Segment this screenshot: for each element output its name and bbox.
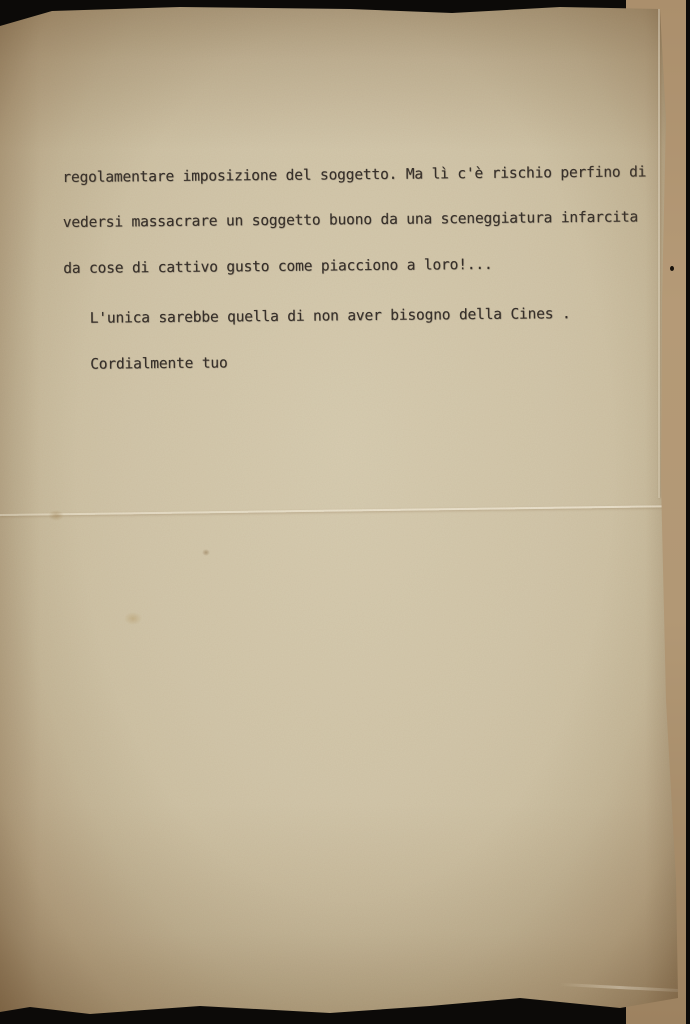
paper-stain [124, 612, 142, 625]
bottom-fold-highlight [560, 983, 680, 992]
letter-text-block: regolamentare imposizione del soggetto. … [62, 133, 681, 403]
letter-page: regolamentare imposizione del soggetto. … [0, 0, 690, 1024]
dark-speck [670, 266, 674, 271]
right-edge-crease [658, 8, 660, 498]
letter-line: L'unica sarebbe quella di non aver bisog… [64, 305, 680, 326]
scanned-document: regolamentare imposizione del soggetto. … [0, 0, 690, 1024]
letter-closing-line: Cordialmente tuo [64, 351, 680, 372]
paper-stain [202, 549, 210, 556]
paper-top-notch [450, 8, 457, 13]
fold-crease [0, 505, 668, 516]
letter-line: regolamentare imposizione del soggetto. … [62, 164, 678, 185]
letter-line: vedersi massacrare un soggetto buono da … [63, 210, 679, 231]
paper-stain [48, 510, 64, 521]
letter-line: da cose di cattivo gusto come piacciono … [63, 255, 679, 276]
